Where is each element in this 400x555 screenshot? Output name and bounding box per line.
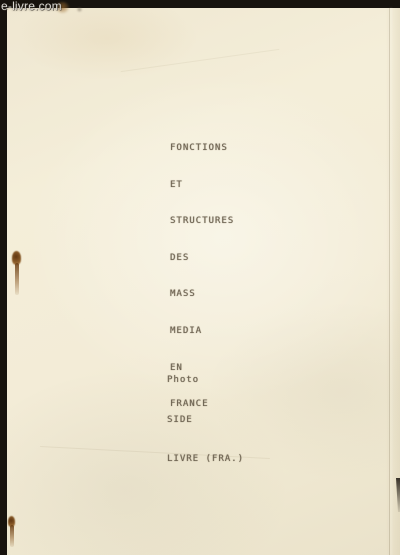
title-line: ET — [170, 180, 234, 197]
title-line: DES — [170, 253, 234, 270]
staple-streak — [15, 263, 19, 295]
title-line: MASS — [170, 289, 234, 306]
credit-line: Photo — [167, 375, 244, 395]
cover-credits: Photo SIDE LIVRE (FRA.) — [167, 355, 244, 494]
staple-streak — [10, 525, 14, 547]
title-line: FONCTIONS — [170, 143, 234, 160]
title-line: MEDIA — [170, 326, 234, 343]
title-line: STRUCTURES — [170, 216, 234, 233]
small-stain — [76, 7, 83, 12]
seller-watermark: e-livre.com — [1, 0, 62, 13]
scanned-book-cover-photo: e-livre.com FONCTIONS ET STRUCTURES DES … — [0, 0, 400, 555]
paper-edge-shadow — [390, 8, 400, 555]
credit-line: LIVRE (FRA.) — [167, 454, 244, 474]
credit-line: SIDE — [167, 415, 244, 435]
